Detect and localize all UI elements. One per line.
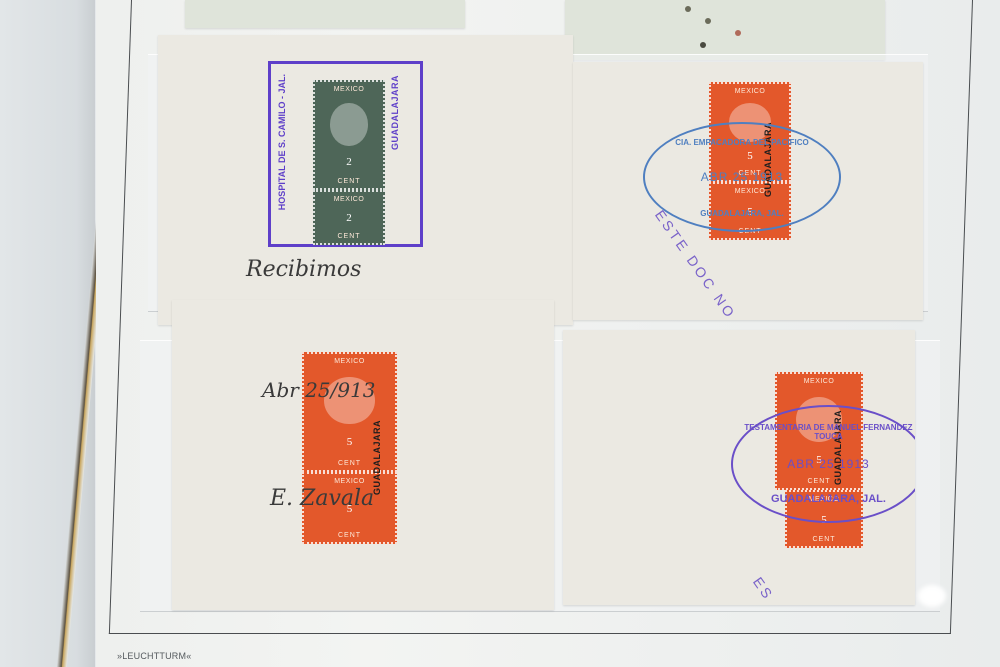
light-glare (918, 585, 946, 607)
revenue-stamp: MEXICO 2 CENT (313, 190, 385, 245)
stamp-country: MEXICO (735, 88, 766, 95)
stamp-country: MEXICO (804, 378, 835, 385)
revenue-document-piece: MEXICO 5 CENT MEXICO 5 CENT GUADALAJARA … (172, 300, 554, 610)
cancel-text: HOSPITAL DE S. CAMILO - JAL. (277, 74, 287, 210)
cancel-place: GUADALAJARA, JAL. (645, 209, 839, 218)
stamp-country: MEXICO (334, 86, 365, 93)
revenue-stamp: MEXICO 2 CENT (313, 80, 385, 190)
revenue-document-piece: MEXICO 5 CENT MEXICO 5 CENT GUADALAJARA … (573, 62, 923, 320)
revenue-document-piece: HOSPITAL DE S. CAMILO - JAL. MEXICO 2 CE… (158, 35, 573, 325)
oval-cancel: TESTAMENTARIA DE MANUEL FERNANDEZ TOUCA … (731, 405, 915, 523)
stamp-value: 2 (346, 212, 352, 224)
stamp-unit: CENT (337, 233, 360, 240)
stamp-country: MEXICO (334, 196, 365, 203)
handstamp-text: ES (750, 574, 777, 603)
stamp-unit: CENT (338, 460, 361, 467)
cancel-date: ABR 25 1913 (787, 457, 869, 471)
oval-cancel: CIA. EMPACADORA DEL PACIFICO ABR 25 1913… (643, 122, 841, 232)
revenue-stamp: MEXICO 5 CENT (302, 352, 397, 472)
stamp-value: 2 (346, 156, 352, 168)
overprint-text: GUADALAJARA (390, 75, 400, 150)
stamp-value: 5 (347, 436, 353, 448)
stamp-unit: CENT (337, 178, 360, 185)
portrait-icon (330, 103, 367, 145)
handwritten-signature: E. Zavala (270, 486, 374, 511)
album-brand-label: »LEUCHTTURM« (117, 651, 191, 661)
cancel-company: CIA. EMPACADORA DEL PACIFICO (645, 138, 839, 147)
stamp-country: MEXICO (334, 478, 365, 485)
cancel-place: GUADALAJARA, JAL. (733, 493, 915, 505)
revenue-document-piece: MEXICO 5 CENT MEXICO 5 CENT GUADALAJARA … (563, 330, 915, 605)
handwritten-date: Abr 25/913 (262, 378, 376, 402)
overprint-text: GUADALAJARA (372, 420, 382, 495)
stamp-unit: CENT (812, 536, 835, 543)
cancel-company: TESTAMENTARIA DE MANUEL FERNANDEZ TOUCA (733, 423, 915, 441)
stamp-unit: CENT (338, 532, 361, 539)
left-album-page (0, 0, 95, 667)
stamp-country: MEXICO (334, 358, 365, 365)
cancel-date: ABR 25 1913 (701, 170, 783, 184)
handwritten-signature: Recibimos (246, 257, 361, 282)
